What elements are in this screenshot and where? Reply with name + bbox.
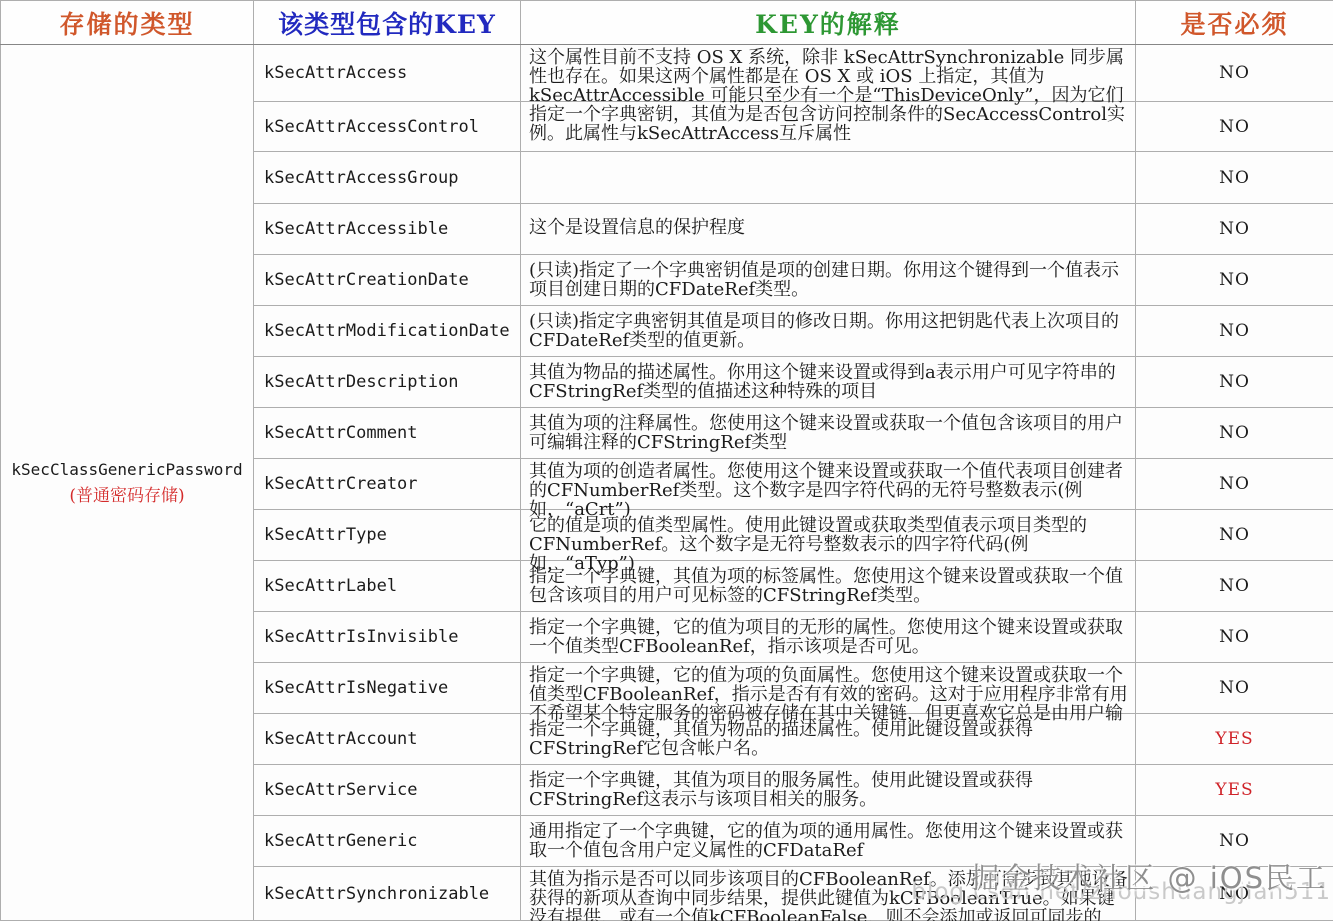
storage-class-name: kSecClassGenericPassword (1, 460, 253, 479)
required-cell: NO (1136, 152, 1333, 204)
key-name: kSecAttrModificationDate (254, 306, 521, 357)
header-row: 存储的类型 该类型包含的KEY KEY的解释 是否必须 (1, 1, 1333, 45)
key-explanation-cell: 指定一个字典键，其值为项的标签属性。您使用这个键来设置或获取一个值包含该项目的用… (521, 561, 1136, 612)
header-key-explanation: KEY的解释 (521, 1, 1136, 45)
key-explanation-cell: 指定一个字典键，其值为项目的服务属性。使用此键设置或获得CFStringRef这… (521, 765, 1136, 816)
key-explanation (521, 152, 1135, 203)
key-explanation: (只读)指定字典密钥其值是项目的修改日期。你用这把钥匙代表上次项目的CFDate… (521, 306, 1135, 356)
required-cell: NO (1136, 357, 1333, 408)
watermark-community: 掘金技术社区 @ iOS民工 (970, 856, 1327, 897)
key-name: kSecAttrComment (254, 408, 521, 459)
required-cell: NO (1136, 510, 1333, 561)
key-name: kSecAttrCreationDate (254, 255, 521, 306)
required-cell: NO (1136, 255, 1333, 306)
key-name: kSecAttrAccessible (254, 204, 521, 255)
required-cell: YES (1136, 714, 1333, 765)
key-explanation-cell: 其值为项的创造者属性。您使用这个键来设置或获取一个值代表项目创建者的CFNumb… (521, 459, 1136, 510)
key-explanation: 指定一个字典键，其值为项的标签属性。您使用这个键来设置或获取一个值包含该项目的用… (521, 561, 1135, 611)
keychain-attributes-table: 存储的类型 该类型包含的KEY KEY的解释 是否必须 kSecClassGen… (0, 0, 1333, 921)
required-cell: NO (1136, 561, 1333, 612)
key-explanation-cell: 这个是设置信息的保护程度 (521, 204, 1136, 255)
required-cell: NO (1136, 45, 1333, 102)
required-cell: NO (1136, 306, 1333, 357)
header-required: 是否必须 (1136, 1, 1333, 45)
key-explanation: 其值为项的创造者属性。您使用这个键来设置或获取一个值代表项目创建者的CFNumb… (521, 459, 1135, 509)
required-cell: NO (1136, 612, 1333, 663)
required-cell: NO (1136, 663, 1333, 714)
key-name: kSecAttrType (254, 510, 521, 561)
key-explanation-cell: 指定一个字典键，它的值为项的负面属性。您使用这个键来设置或获取一个值类型CFBo… (521, 663, 1136, 714)
key-name: kSecAttrDescription (254, 357, 521, 408)
required-cell: NO (1136, 408, 1333, 459)
key-explanation: 其值为项的注释属性。您使用这个键来设置或获取一个值包含该项目的用户可编辑注释的C… (521, 408, 1135, 458)
required-cell: NO (1136, 204, 1333, 255)
key-explanation: 其值为物品的描述属性。你用这个键来设置或得到a表示用户可见字符串的CFStrin… (521, 357, 1135, 407)
key-explanation-cell: 这个属性目前不支持 OS X 系统，除非 kSecAttrSynchroniza… (521, 45, 1136, 102)
key-name: kSecAttrIsNegative (254, 663, 521, 714)
table-row: kSecClassGenericPassword (普通密码存储) kSecAt… (1, 45, 1333, 102)
key-explanation-cell: 指定一个字典密钥，其值为是否包含访问控制条件的SecAccessControl实… (521, 102, 1136, 152)
header-storage-type: 存储的类型 (1, 1, 254, 45)
key-explanation-cell: 它的值是项的值类型属性。使用此键设置或获取类型值表示项目类型的CFNumberR… (521, 510, 1136, 561)
key-explanation: (只读)指定了一个字典密钥值是项的创建日期。你用这个键得到一个值表示项目创建日期… (521, 255, 1135, 305)
key-explanation: 这个属性目前不支持 OS X 系统，除非 kSecAttrSynchroniza… (521, 45, 1135, 101)
key-explanation: 这个是设置信息的保护程度 (521, 204, 1135, 254)
key-name: kSecAttrAccess (254, 45, 521, 102)
key-explanation-cell: 其值为项的注释属性。您使用这个键来设置或获取一个值包含该项目的用户可编辑注释的C… (521, 408, 1136, 459)
key-explanation: 它的值是项的值类型属性。使用此键设置或获取类型值表示项目类型的CFNumberR… (521, 510, 1135, 560)
key-name: kSecAttrLabel (254, 561, 521, 612)
key-explanation-cell: (只读)指定字典密钥其值是项目的修改日期。你用这把钥匙代表上次项目的CFDate… (521, 306, 1136, 357)
key-explanation: 指定一个字典键，它的值为项目的无形的属性。您使用这个键来设置或获取一个值类型CF… (521, 612, 1135, 662)
key-name: kSecAttrIsInvisible (254, 612, 521, 663)
key-name: kSecAttrGeneric (254, 816, 521, 867)
required-cell: YES (1136, 765, 1333, 816)
key-name: kSecAttrAccessControl (254, 102, 521, 152)
key-explanation-cell (521, 152, 1136, 204)
key-explanation: 指定一个字典键，其值为项目的服务属性。使用此键设置或获得CFStringRef这… (521, 765, 1135, 815)
key-name: kSecAttrAccount (254, 714, 521, 765)
key-explanation: 指定一个字典密钥，其值为是否包含访问控制条件的SecAccessControl实… (521, 102, 1135, 151)
header-keys: 该类型包含的KEY (254, 1, 521, 45)
storage-class-cell: kSecClassGenericPassword (普通密码存储) (1, 45, 254, 921)
key-explanation-cell: 其值为物品的描述属性。你用这个键来设置或得到a表示用户可见字符串的CFStrin… (521, 357, 1136, 408)
key-explanation-cell: 指定一个字典键，它的值为项目的无形的属性。您使用这个键来设置或获取一个值类型CF… (521, 612, 1136, 663)
key-name: kSecAttrAccessGroup (254, 152, 521, 204)
storage-class-subtitle: (普通密码存储) (1, 481, 253, 506)
key-explanation-cell: (只读)指定了一个字典密钥值是项的创建日期。你用这个键得到一个值表示项目创建日期… (521, 255, 1136, 306)
required-cell: NO (1136, 459, 1333, 510)
key-name: kSecAttrSynchronizable (254, 867, 521, 921)
required-cell: NO (1136, 102, 1333, 152)
key-name: kSecAttrCreator (254, 459, 521, 510)
key-explanation: 指定一个字典键，它的值为项的负面属性。您使用这个键来设置或获取一个值类型CFBo… (521, 663, 1135, 713)
key-name: kSecAttrService (254, 765, 521, 816)
